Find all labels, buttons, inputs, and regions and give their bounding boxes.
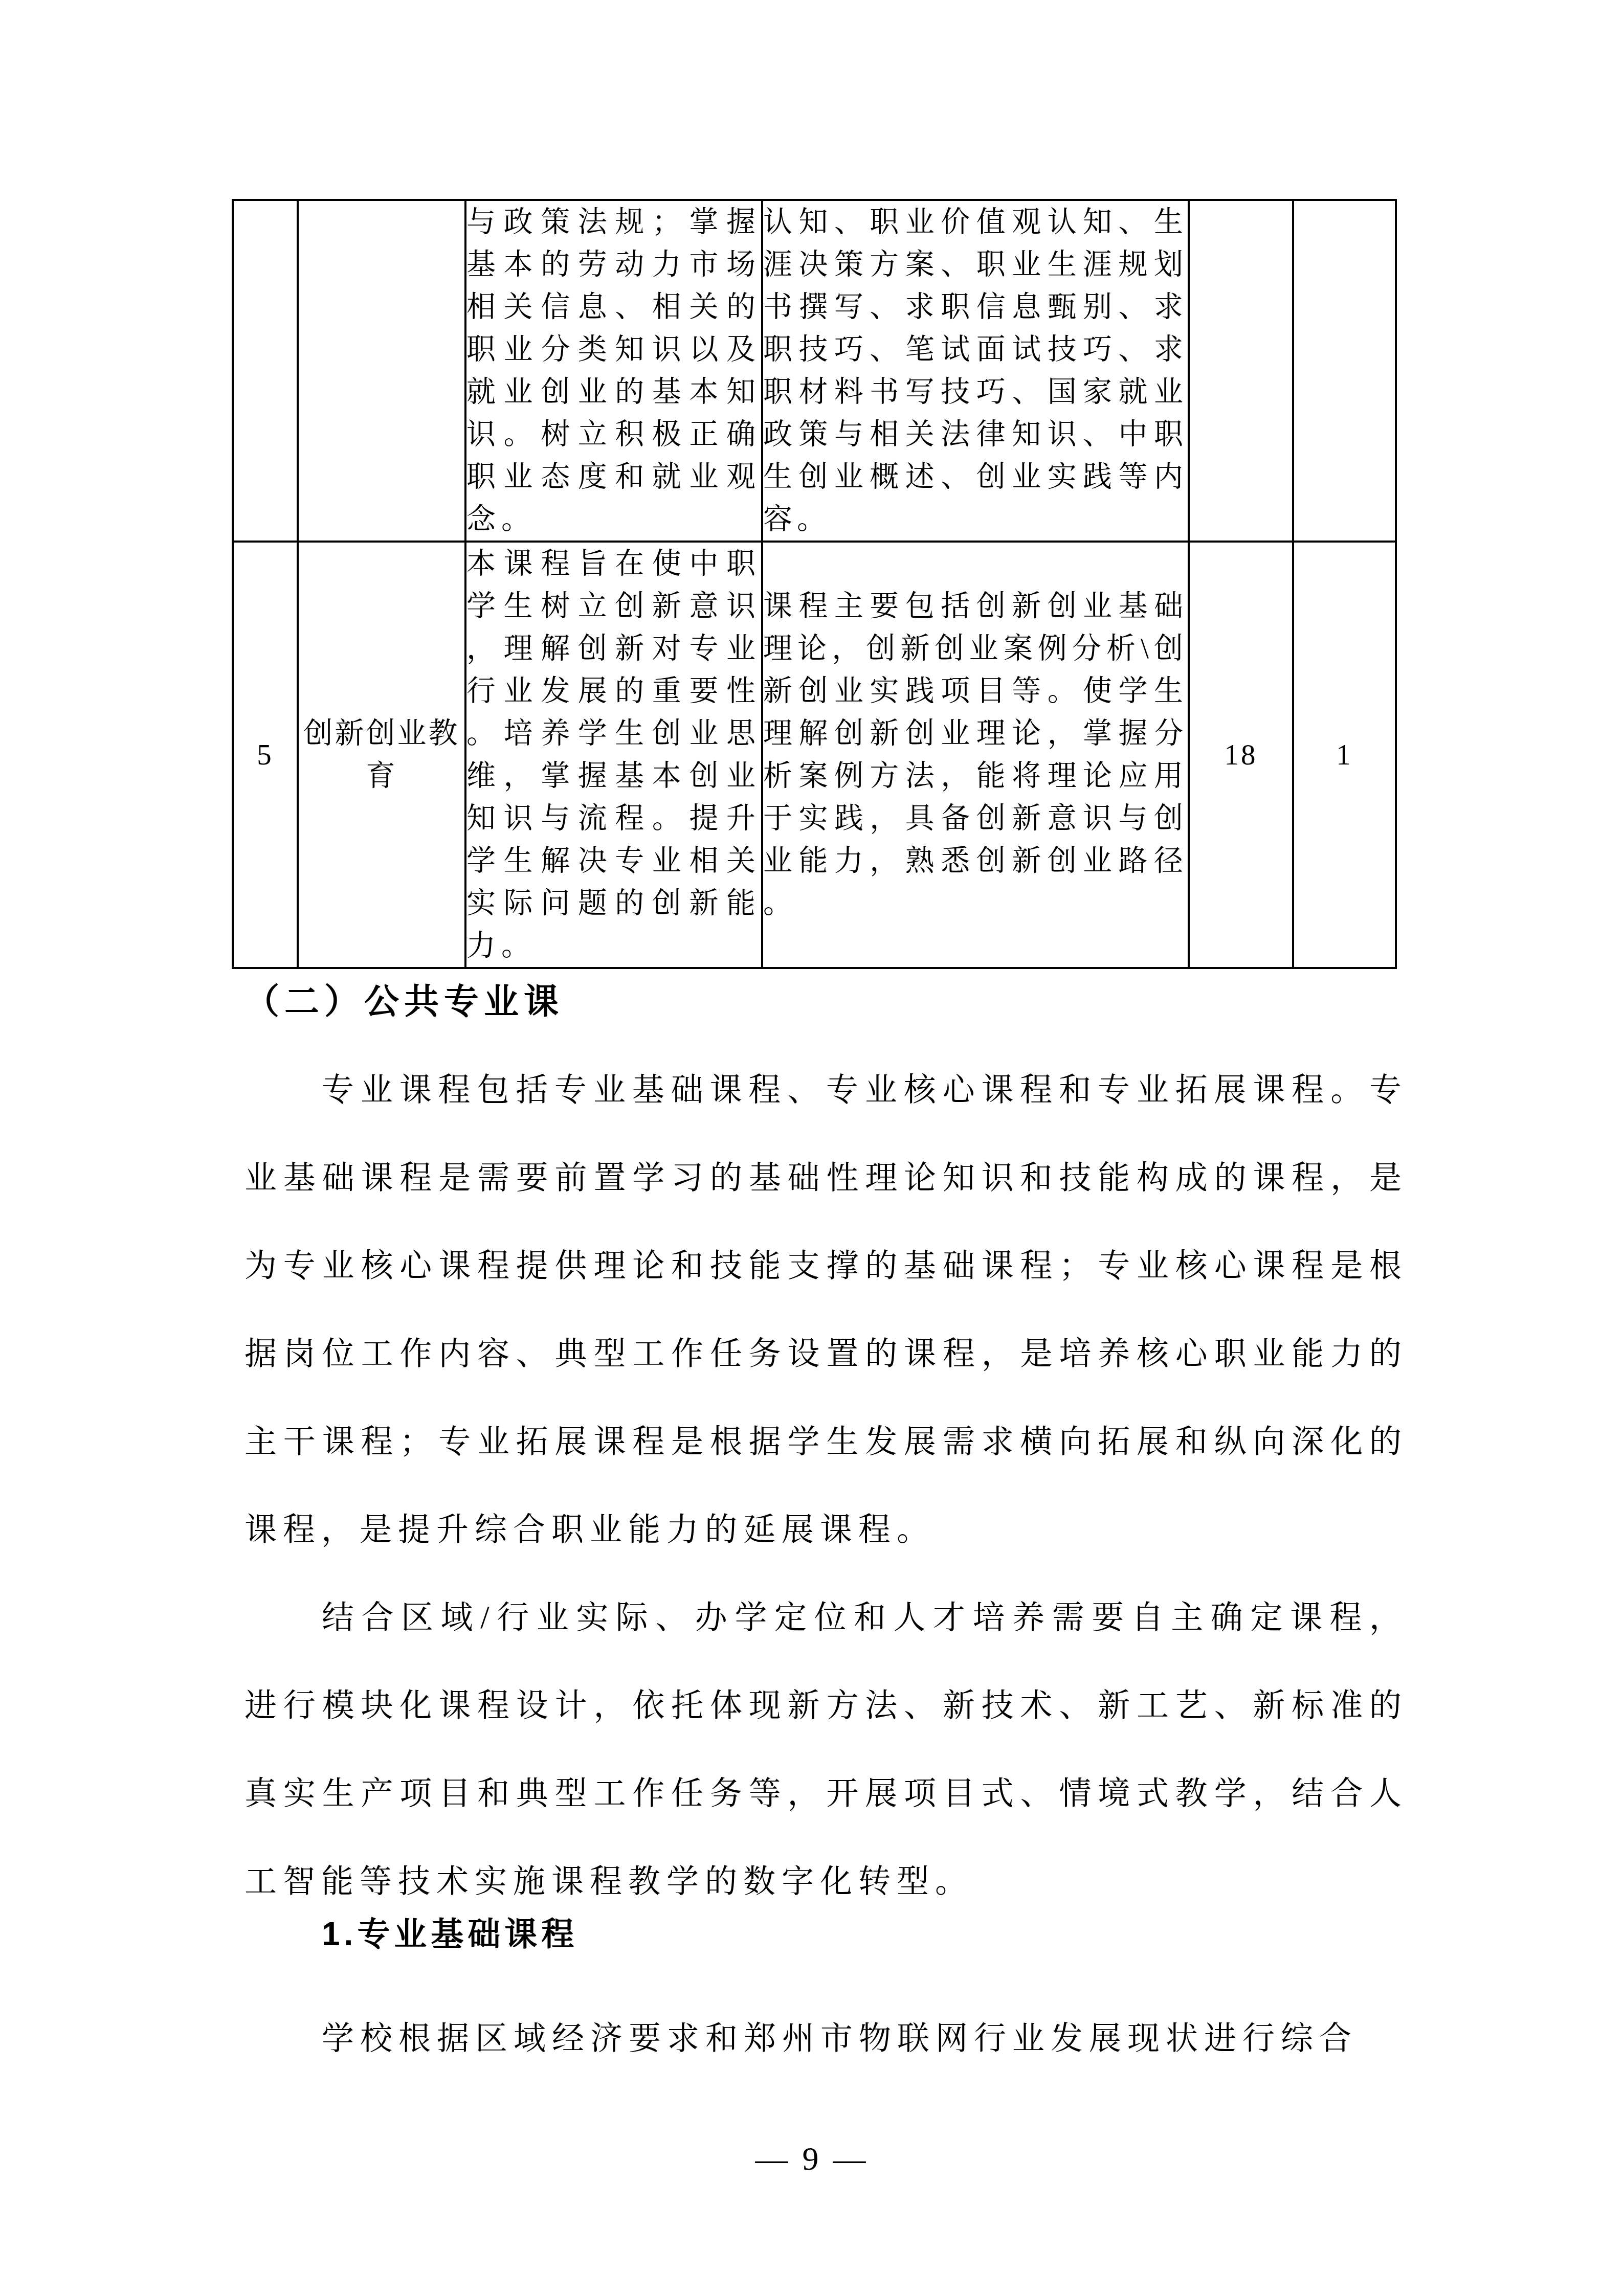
subsection-heading-basic-courses: 1.专业基础课程 — [322, 1914, 578, 1954]
page-number: — 9 — — [0, 2140, 1624, 2178]
seq-cell — [233, 200, 298, 542]
paragraph-course-design: 结合区域/行业实际、办学定位和人才培养需要自主确定课程，进行模块化课程设计，依托… — [244, 1573, 1408, 1925]
document-page: 与政策法规；掌握基本的劳动力市场相关信息、相关的职业分类知识以及就业创业的基本知… — [0, 0, 1624, 2296]
objective-cell: 本课程旨在使中职学生树立创新意识，理解创新对专业行业发展的重要性。培养学生创业思… — [465, 542, 762, 968]
credits-cell: 1 — [1293, 542, 1396, 968]
table-row-continued: 与政策法规；掌握基本的劳动力市场相关信息、相关的职业分类知识以及就业创业的基本知… — [233, 200, 1396, 542]
content-cell: 课程主要包括创新创业基础理论，创新创业案例分析\创新创业实践项目等。使学生理解创… — [762, 542, 1189, 968]
seq-cell: 5 — [233, 542, 298, 968]
content-cell: 认知、职业价值观认知、生涯决策方案、职业生涯规划书撰写、求职信息甄别、求职技巧、… — [762, 200, 1189, 542]
paragraph-school-analysis: 学校根据区域经济要求和郑州市物联网行业发展现状进行综合 — [244, 1994, 1408, 2082]
section-heading-public-professional-courses: （二）公共专业课 — [244, 980, 564, 1024]
credits-cell — [1293, 200, 1396, 542]
course-name-cell — [298, 200, 465, 542]
course-table: 与政策法规；掌握基本的劳动力市场相关信息、相关的职业分类知识以及就业创业的基本知… — [232, 199, 1397, 969]
hours-cell — [1189, 200, 1293, 542]
hours-cell: 18 — [1189, 542, 1293, 968]
paragraph-course-categories: 专业课程包括专业基础课程、专业核心课程和专业拓展课程。专业基础课程是需要前置学习… — [244, 1046, 1408, 1573]
objective-cell: 与政策法规；掌握基本的劳动力市场相关信息、相关的职业分类知识以及就业创业的基本知… — [465, 200, 762, 542]
course-name-cell: 创新创业教育 — [298, 542, 465, 968]
table-row-innovation-entrepreneurship: 5 创新创业教育 本课程旨在使中职学生树立创新意识，理解创新对专业行业发展的重要… — [233, 542, 1396, 968]
